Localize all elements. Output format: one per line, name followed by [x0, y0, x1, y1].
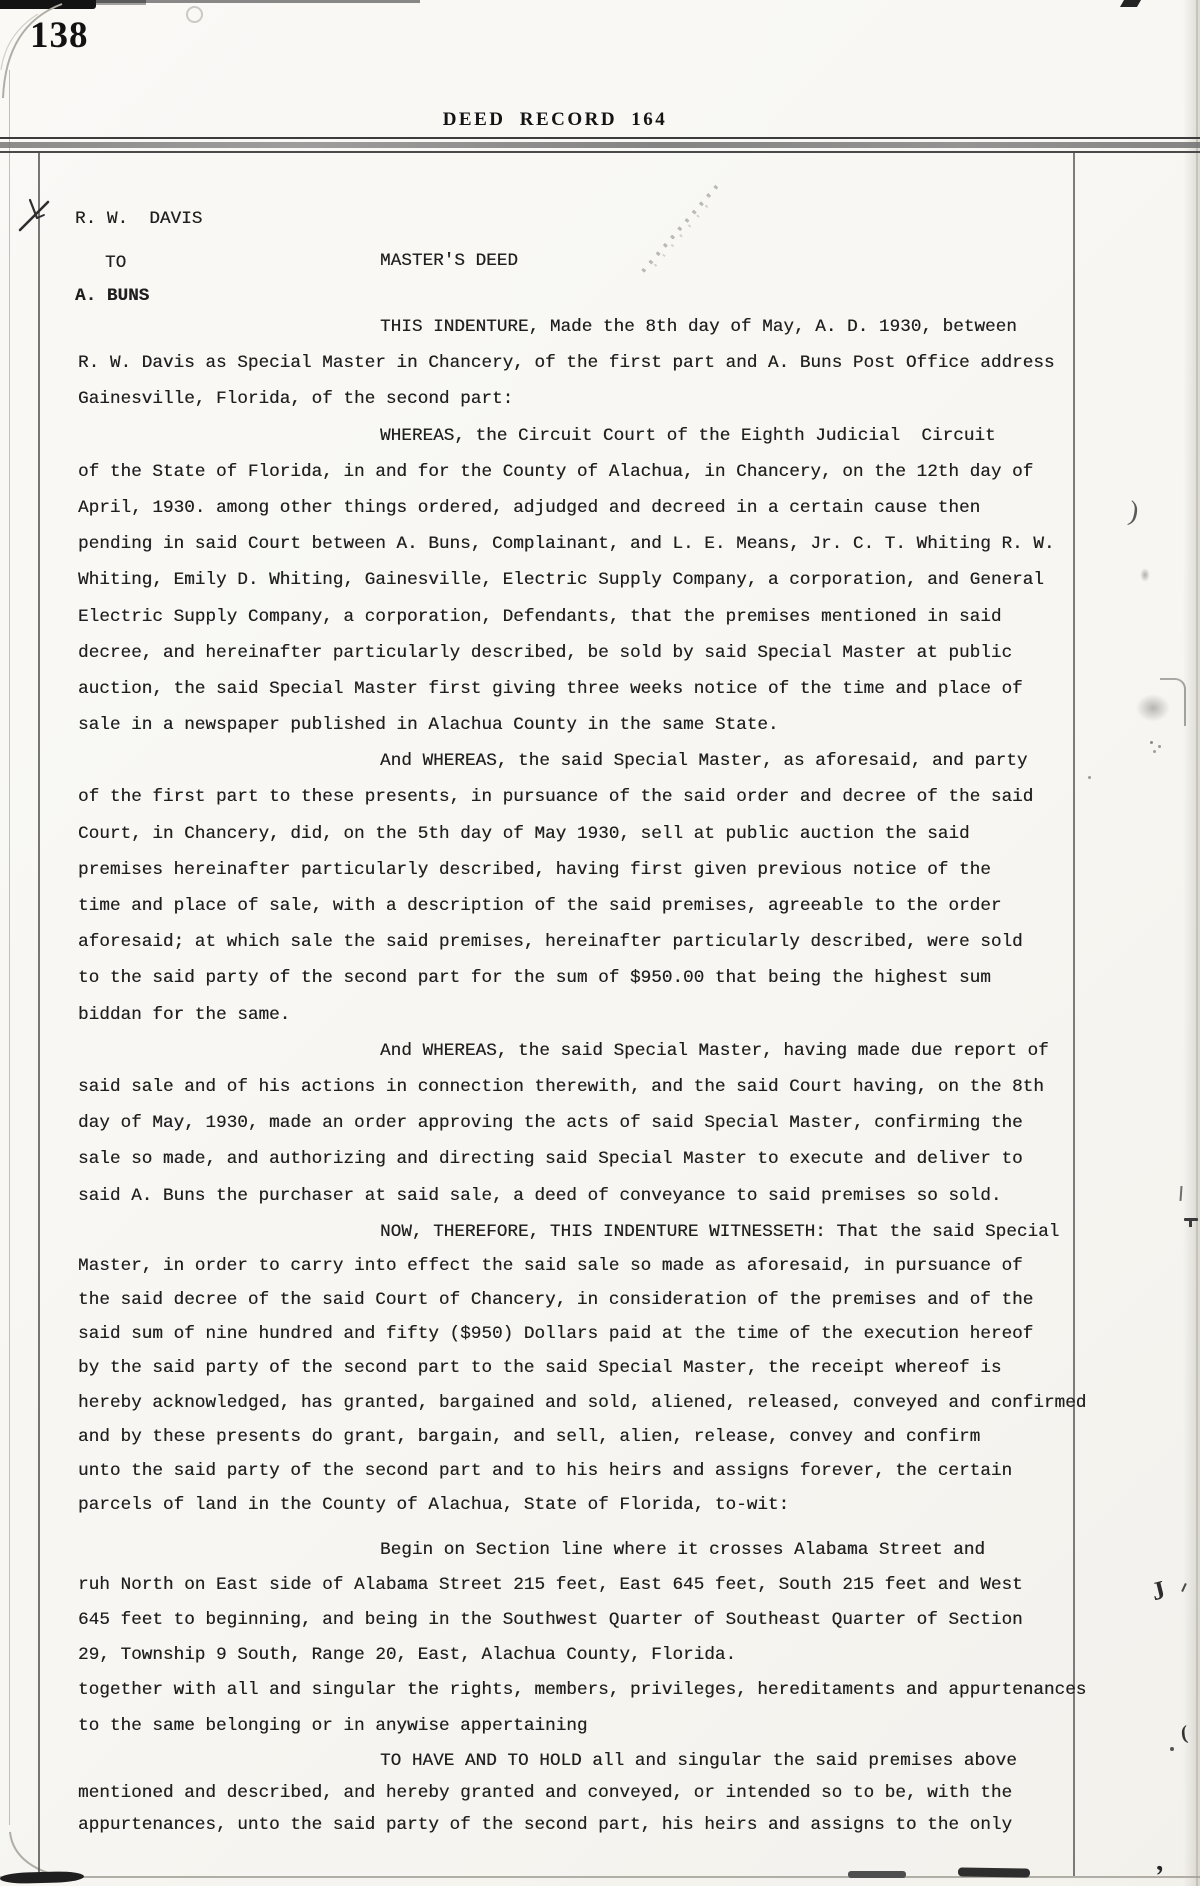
paragraph-first-whereas: WHEREAS, the Circuit Court of the Eighth… [78, 426, 1088, 752]
deed-text-line: biddan for the same. [78, 1005, 1088, 1041]
margin-hook-bracket [1160, 678, 1186, 726]
deed-text-line: and by these presents do grant, bargain,… [78, 1427, 1088, 1461]
deed-text-line: Master, in order to carry into effect th… [78, 1256, 1088, 1290]
deed-text-line: together with all and singular the right… [78, 1680, 1088, 1716]
deed-text-line: Electric Supply Company, a corporation, … [78, 607, 1088, 643]
deed-text-line: WHEREAS, the Circuit Court of the Eighth… [78, 426, 1088, 462]
deed-text-line: sale so made, and authorizing and direct… [78, 1149, 1088, 1185]
deed-text-line: And WHEREAS, the said Special Master, as… [78, 751, 1088, 787]
scan-bottom-dark-segment-1 [848, 1871, 906, 1878]
deed-text-line: auction, the said Special Master first g… [78, 679, 1088, 715]
paragraph-third-whereas: And WHEREAS, the said Special Master, ha… [78, 1041, 1088, 1222]
deed-text-line: THIS INDENTURE, Made the 8th day of May,… [78, 317, 1088, 353]
paragraph-opening: THIS INDENTURE, Made the 8th day of May,… [78, 317, 1088, 426]
margin-j-hook-mark: J [1149, 1575, 1169, 1607]
caption-connector: TO [105, 253, 126, 273]
deed-text-line: pending in said Court between A. Buns, C… [78, 534, 1088, 570]
margin-speck [1088, 776, 1091, 779]
deed-text-line: unto the said party of the second part a… [78, 1461, 1088, 1495]
deed-text-line: premises hereinafter particularly descri… [78, 860, 1088, 896]
deed-text-line: of the State of Florida, in and for the … [78, 462, 1088, 498]
deed-text-line: NOW, THEREFORE, THIS INDENTURE WITNESSET… [78, 1222, 1088, 1256]
paragraph-granting-clause: NOW, THEREFORE, THIS INDENTURE WITNESSET… [78, 1222, 1088, 1530]
caption-grantee-name: A. BUNS [75, 286, 149, 306]
deed-text-line: said sum of nine hundred and fifty ($950… [78, 1324, 1088, 1358]
margin-ink-dots [1150, 741, 1153, 744]
deed-body: THIS INDENTURE, Made the 8th day of May,… [78, 317, 1088, 1847]
margin-check-mark [16, 194, 54, 236]
deed-text-line: said A. Buns the purchaser at said sale,… [78, 1186, 1088, 1222]
paragraph-legal-description: Begin on Section line where it crosses A… [78, 1540, 1088, 1680]
deed-text-line: R. W. Davis as Special Master in Chancer… [78, 353, 1088, 389]
header-rule-thin-top [0, 137, 1200, 139]
deed-text-line: of the first part to these presents, in … [78, 787, 1088, 823]
scan-right-edge-line [1196, 0, 1198, 1886]
paragraph-appurtenances-clause: together with all and singular the right… [78, 1680, 1088, 1751]
deed-text-line: mentioned and described, and hereby gran… [78, 1783, 1088, 1815]
scan-left-edge-line [9, 70, 10, 1825]
margin-smudge-small [1140, 568, 1150, 582]
left-margin-rule [38, 153, 40, 1876]
deed-text-line: by the said party of the second part to … [78, 1358, 1088, 1392]
header-rule-thick [0, 142, 1200, 148]
deed-text-line: time and place of sale, with a descripti… [78, 896, 1088, 932]
deed-text-line: appurtenances, unto the said party of th… [78, 1815, 1088, 1847]
deed-text-line: aforesaid; at which sale the said premis… [78, 932, 1088, 968]
deed-text-line: 29, Township 9 South, Range 20, East, Al… [78, 1645, 1088, 1680]
scan-bottom-dark-segment-2 [958, 1867, 1030, 1877]
deed-text-line: Gainesville, Florida, of the second part… [78, 389, 1088, 425]
deed-text-line: Court, in Chancery, did, on the 5th day … [78, 824, 1088, 860]
caption-grantor-name: R. W. DAVIS [75, 209, 202, 229]
margin-comma-mark: , [1152, 1846, 1164, 1879]
ring-stain-mark [186, 6, 203, 23]
deed-text-line: 645 feet to beginning, and being in the … [78, 1610, 1088, 1645]
faint-diagonal-stamp [637, 178, 725, 276]
deed-text-line: day of May, 1930, made an order approvin… [78, 1113, 1088, 1149]
deed-record-page: 138 DEED RECORD 164 R. W. DAVIS TO MASTE… [0, 0, 1200, 1886]
header-rule-thin-bottom [0, 151, 1200, 153]
deed-text-line: decree, and hereinafter particularly des… [78, 643, 1088, 679]
deed-text-line: TO HAVE AND TO HOLD all and singular the… [78, 1751, 1088, 1783]
caption-instrument-title: MASTER'S DEED [380, 251, 518, 271]
deed-text-line: to the said party of the second part for… [78, 968, 1088, 1004]
deed-text-line: April, 1930. among other things ordered,… [78, 498, 1088, 534]
book-header-title: DEED RECORD 164 [0, 109, 1110, 131]
deed-text-line: hereby acknowledged, has granted, bargai… [78, 1393, 1088, 1427]
deed-text-line: said sale and of his actions in connecti… [78, 1077, 1088, 1113]
deed-text-line: Whiting, Emily D. Whiting, Gainesville, … [78, 570, 1088, 606]
page-number: 138 [30, 14, 89, 57]
scan-top-black-fade [94, 0, 146, 5]
deed-text-line: ruh North on East side of Alabama Street… [78, 1575, 1088, 1610]
margin-t-mark [1184, 1216, 1200, 1228]
deed-text-line: And WHEREAS, the said Special Master, ha… [78, 1041, 1088, 1077]
deed-text-line: Begin on Section line where it crosses A… [78, 1540, 1088, 1575]
deed-text-line: parcels of land in the County of Alachua… [78, 1495, 1088, 1529]
margin-paren-mark: ) [1126, 495, 1141, 528]
deed-text-line: the said decree of the said Court of Cha… [78, 1290, 1088, 1324]
paragraph-second-whereas: And WHEREAS, the said Special Master, as… [78, 751, 1088, 1041]
deed-text-line: sale in a newspaper published in Alachua… [78, 715, 1088, 751]
margin-dot [1170, 1747, 1174, 1751]
deed-text-line: to the same belonging or in anywise appe… [78, 1716, 1088, 1752]
scan-top-right-mark [1120, 0, 1141, 7]
paragraph-habendum-clause: TO HAVE AND TO HOLD all and singular the… [78, 1751, 1088, 1847]
